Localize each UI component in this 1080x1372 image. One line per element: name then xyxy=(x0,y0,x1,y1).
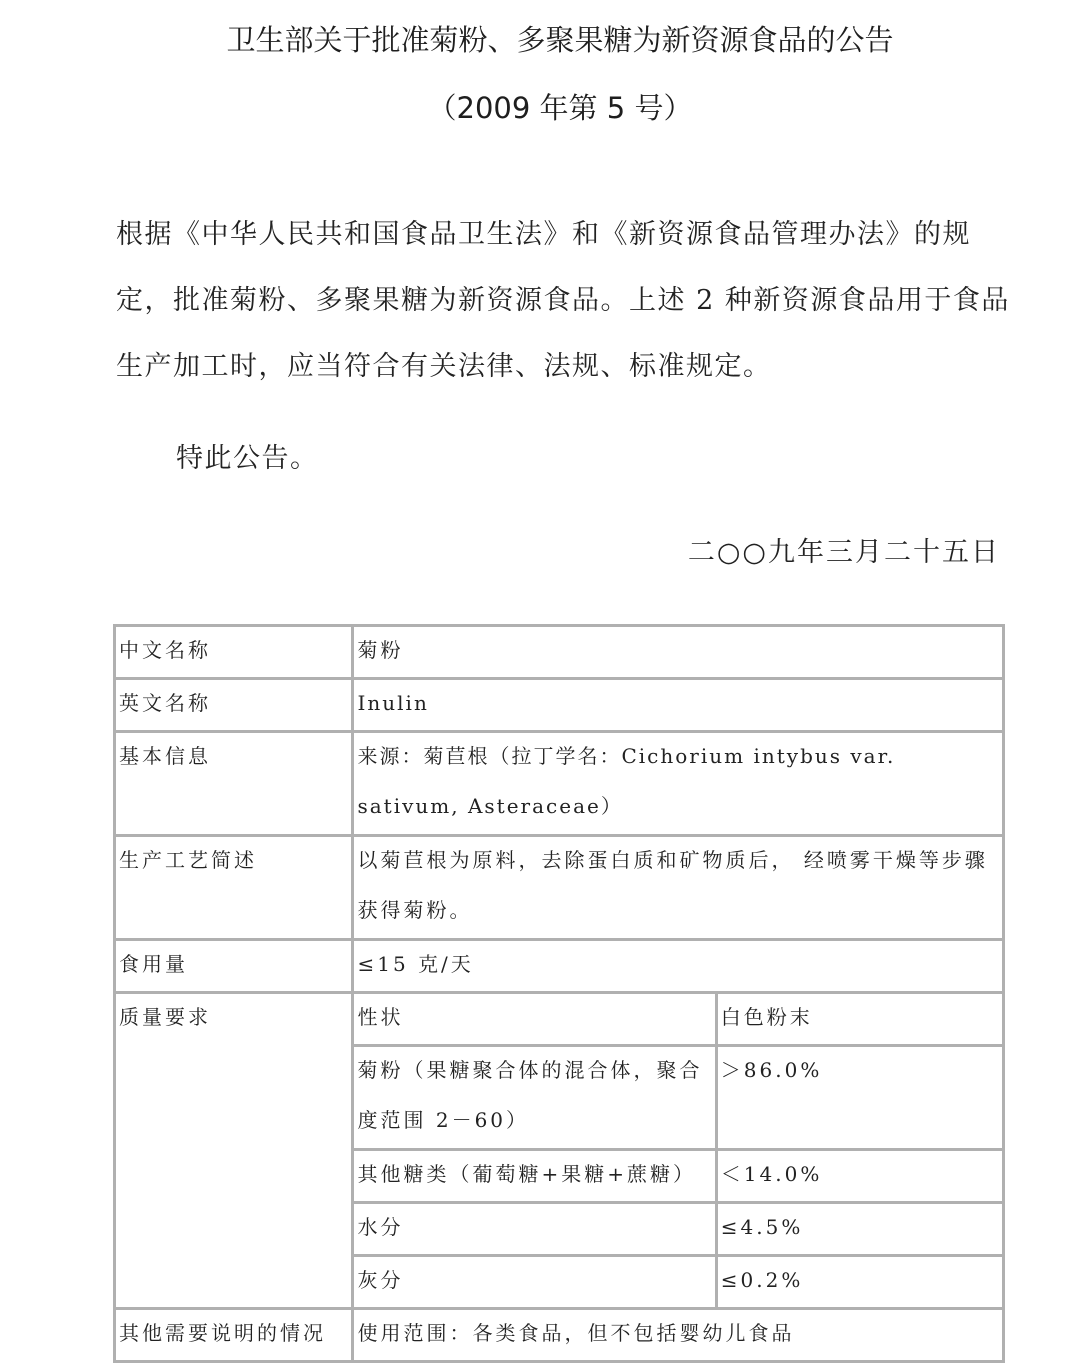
table-row: 中文名称 菊粉 xyxy=(115,626,1004,679)
inulin-spec-table: 中文名称 菊粉 英文名称 Inulin 基本信息 来源：菊苣根（拉丁学名：Cic… xyxy=(113,624,1005,1363)
row-value: ≤15 克/天 xyxy=(353,940,1004,993)
table-row: 基本信息 来源：菊苣根（拉丁学名：Cichorium intybus var. … xyxy=(115,732,1004,836)
row-label: 食用量 xyxy=(115,940,353,993)
table-row: 生产工艺简述 以菊苣根为原料，去除蛋白质和矿物质后， 经喷雾干燥等步骤获得菊粉。 xyxy=(115,836,1004,940)
quality-item-name: 其他糖类（葡萄糖+果糖+蔗糖） xyxy=(353,1150,716,1203)
row-value: 来源：菊苣根（拉丁学名：Cichorium intybus var. sativ… xyxy=(353,732,1004,836)
row-value: 以菊苣根为原料，去除蛋白质和矿物质后， 经喷雾干燥等步骤获得菊粉。 xyxy=(353,836,1004,940)
quality-item-value: ＞86.0% xyxy=(716,1046,1003,1150)
quality-item-value: ＜14.0% xyxy=(716,1150,1003,1203)
quality-item-name: 水分 xyxy=(353,1203,716,1256)
quality-item-value: ≤0.2% xyxy=(716,1256,1003,1309)
row-label: 英文名称 xyxy=(115,679,353,732)
body-paragraph: 根据《中华人民共和国食品卫生法》和《新资源食品管理办法》的规定，批准菊粉、多聚果… xyxy=(116,202,1016,400)
document-title: 卫生部关于批准菊粉、多聚果糖为新资源食品的公告 xyxy=(0,18,1080,59)
issue-date: 二○○九年三月二十五日 xyxy=(688,530,1000,569)
table-row: 食用量 ≤15 克/天 xyxy=(115,940,1004,993)
quality-item-value: ≤4.5% xyxy=(716,1203,1003,1256)
row-value: 使用范围：各类食品，但不包括婴幼儿食品 xyxy=(353,1309,1004,1362)
row-value: 菊粉 xyxy=(353,626,1004,679)
row-label: 其他需要说明的情况 xyxy=(115,1309,353,1362)
row-label: 生产工艺简述 xyxy=(115,836,353,940)
table-row: 其他需要说明的情况 使用范围：各类食品，但不包括婴幼儿食品 xyxy=(115,1309,1004,1362)
quality-row: 质量要求 性状 白色粉末 xyxy=(115,993,1004,1046)
row-label: 基本信息 xyxy=(115,732,353,836)
quality-label: 质量要求 xyxy=(115,993,353,1309)
quality-item-name: 菊粉（果糖聚合体的混合体，聚合度范围 2－60） xyxy=(353,1046,716,1150)
closing-text: 特此公告。 xyxy=(176,436,319,475)
row-label: 中文名称 xyxy=(115,626,353,679)
quality-item-name: 灰分 xyxy=(353,1256,716,1309)
table-row: 英文名称 Inulin xyxy=(115,679,1004,732)
document-number: （2009 年第 5 号） xyxy=(0,86,1080,127)
quality-item-value: 白色粉末 xyxy=(716,993,1003,1046)
row-value: Inulin xyxy=(353,679,1004,732)
quality-item-name: 性状 xyxy=(353,993,716,1046)
